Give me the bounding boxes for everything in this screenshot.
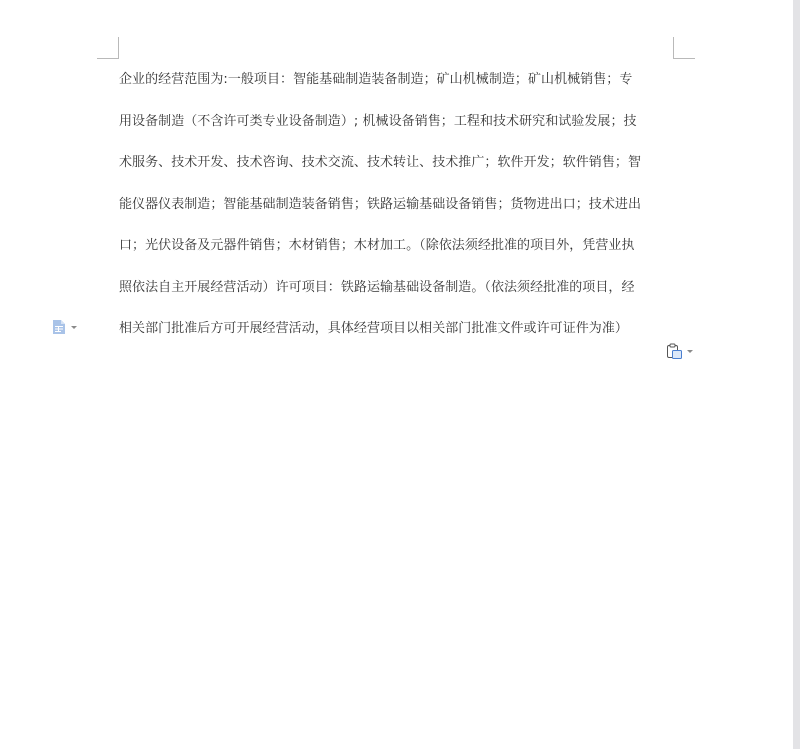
paragraph-handle-button[interactable]: [53, 320, 77, 334]
paragraph-line: 口；光伏设备及元器件销售；木材销售；木材加工。（除依法须经批准的项目外，凭营业执: [119, 235, 675, 277]
clipboard-paste-icon: [666, 343, 683, 360]
top-right-margin-mark: [673, 37, 695, 59]
top-left-margin-mark: [97, 37, 119, 59]
paragraph-line: 相关部门批准后方可开展经营活动，具体经营项目以相关部门批准文件或许可证件为准）: [119, 318, 675, 360]
document-icon: [53, 320, 65, 334]
paragraph-line: 企业的经营范围为:一般项目：智能基础制造装备制造；矿山机械制造；矿山机械销售；专: [119, 69, 675, 111]
business-scope-paragraph[interactable]: 企业的经营范围为:一般项目：智能基础制造装备制造；矿山机械制造；矿山机械销售；专…: [119, 69, 675, 360]
paste-options-button[interactable]: [666, 343, 693, 360]
document-page[interactable]: 企业的经营范围为:一般项目：智能基础制造装备制造；矿山机械制造；矿山机械销售；专…: [0, 0, 793, 749]
document-viewport: 企业的经营范围为:一般项目：智能基础制造装备制造；矿山机械制造；矿山机械销售；专…: [0, 0, 800, 749]
paragraph-line: 能仪器仪表制造；智能基础制造装备销售；铁路运输基础设备销售；货物进出口；技术进出: [119, 194, 675, 236]
vertical-scrollbar-track[interactable]: [793, 0, 800, 749]
paragraph-line: 用设备制造（不含许可类专业设备制造）; 机械设备销售；工程和技术研究和试验发展；…: [119, 111, 675, 153]
chevron-down-icon: [71, 326, 77, 329]
paragraph-line: 术服务、技术开发、技术咨询、技术交流、技术转让、技术推广；软件开发；软件销售；智: [119, 152, 675, 194]
chevron-down-icon: [687, 350, 693, 353]
paragraph-line: 照依法自主开展经营活动）许可项目：铁路运输基础设备制造。（依法须经批准的项目，经: [119, 277, 675, 319]
